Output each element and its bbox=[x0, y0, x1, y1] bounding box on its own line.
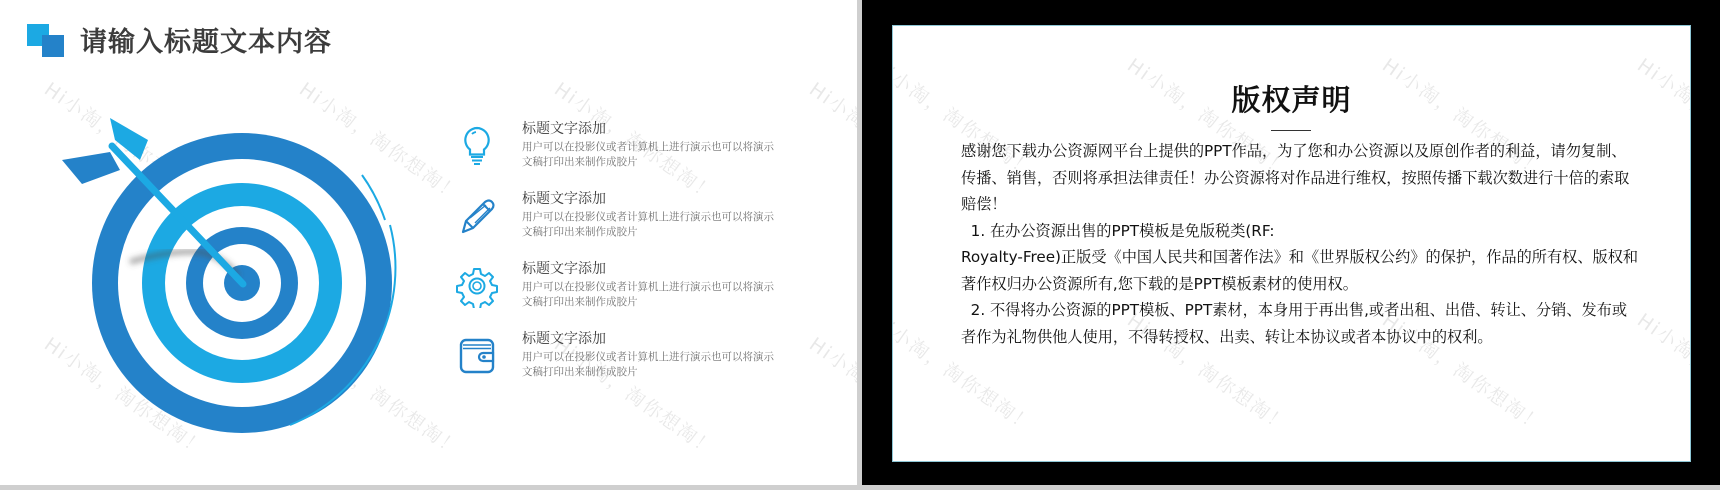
page-title: 请输入标题文本内容 bbox=[80, 20, 332, 59]
lightbulb-icon bbox=[455, 124, 499, 168]
wallet-icon bbox=[455, 334, 499, 378]
bottom-strip bbox=[0, 485, 1720, 490]
feature-title: 标题文字添加 bbox=[522, 258, 606, 278]
copyright-paragraph: 1. 在办公资源出售的PPT模板是免版税类(RF: bbox=[961, 218, 1641, 245]
gear-icon bbox=[455, 264, 499, 308]
title-underline bbox=[1271, 130, 1311, 131]
watermark-text: Hi小淘，淘你想淘！ bbox=[805, 330, 857, 462]
title-logo-icon bbox=[27, 24, 65, 58]
watermark-text: Hi小淘，淘你想淘！ bbox=[805, 75, 857, 207]
feature-item-3: 标题文字添加 用户可以在投影仪或者计算机上进行演示也可以将演示文稿打印出来制作成… bbox=[455, 258, 795, 328]
copyright-paragraph: Royalty-Free)正版受《中国人民共和国著作法》和《世界版权公约》的保护… bbox=[961, 244, 1641, 297]
copyright-body: 感谢您下载办公资源网平台上提供的PPT作品，为了您和办公资源以及原创作者的利益，… bbox=[961, 138, 1641, 350]
copyright-paragraph: 感谢您下载办公资源网平台上提供的PPT作品，为了您和办公资源以及原创作者的利益，… bbox=[961, 138, 1641, 218]
feature-title: 标题文字添加 bbox=[522, 328, 606, 348]
feature-desc: 用户可以在投影仪或者计算机上进行演示也可以将演示文稿打印出来制作成胶片 bbox=[522, 140, 782, 170]
feature-title: 标题文字添加 bbox=[522, 188, 606, 208]
feature-title: 标题文字添加 bbox=[522, 118, 606, 138]
target-arrow-illustration bbox=[60, 100, 400, 440]
right-slide[interactable]: Hi小淘，淘你想淘！Hi小淘，淘你想淘！Hi小淘，淘你想淘！Hi小淘，淘你想淘！… bbox=[862, 0, 1720, 485]
feature-desc: 用户可以在投影仪或者计算机上进行演示也可以将演示文稿打印出来制作成胶片 bbox=[522, 280, 782, 310]
feature-item-4: 标题文字添加 用户可以在投影仪或者计算机上进行演示也可以将演示文稿打印出来制作成… bbox=[455, 328, 795, 398]
copyright-title: 版权声明 bbox=[893, 78, 1690, 119]
feature-item-1: 标题文字添加 用户可以在投影仪或者计算机上进行演示也可以将演示文稿打印出来制作成… bbox=[455, 118, 795, 188]
feature-desc: 用户可以在投影仪或者计算机上进行演示也可以将演示文稿打印出来制作成胶片 bbox=[522, 210, 782, 240]
copyright-card: Hi小淘，淘你想淘！Hi小淘，淘你想淘！Hi小淘，淘你想淘！Hi小淘，淘你想淘！… bbox=[892, 25, 1691, 462]
copyright-paragraph: 2. 不得将办公资源的PPT模板、PPT素材，本身用于再出售,或者出租、出借、转… bbox=[961, 297, 1641, 350]
left-slide[interactable]: Hi小淘，淘你想淘！Hi小淘，淘你想淘！Hi小淘，淘你想淘！Hi小淘，淘你想淘！… bbox=[0, 0, 857, 485]
pencil-icon bbox=[455, 194, 499, 238]
watermark-text: Hi小淘，淘你想淘！ bbox=[1633, 306, 1691, 438]
feature-item-2: 标题文字添加 用户可以在投影仪或者计算机上进行演示也可以将演示文稿打印出来制作成… bbox=[455, 188, 795, 258]
feature-desc: 用户可以在投影仪或者计算机上进行演示也可以将演示文稿打印出来制作成胶片 bbox=[522, 350, 782, 380]
